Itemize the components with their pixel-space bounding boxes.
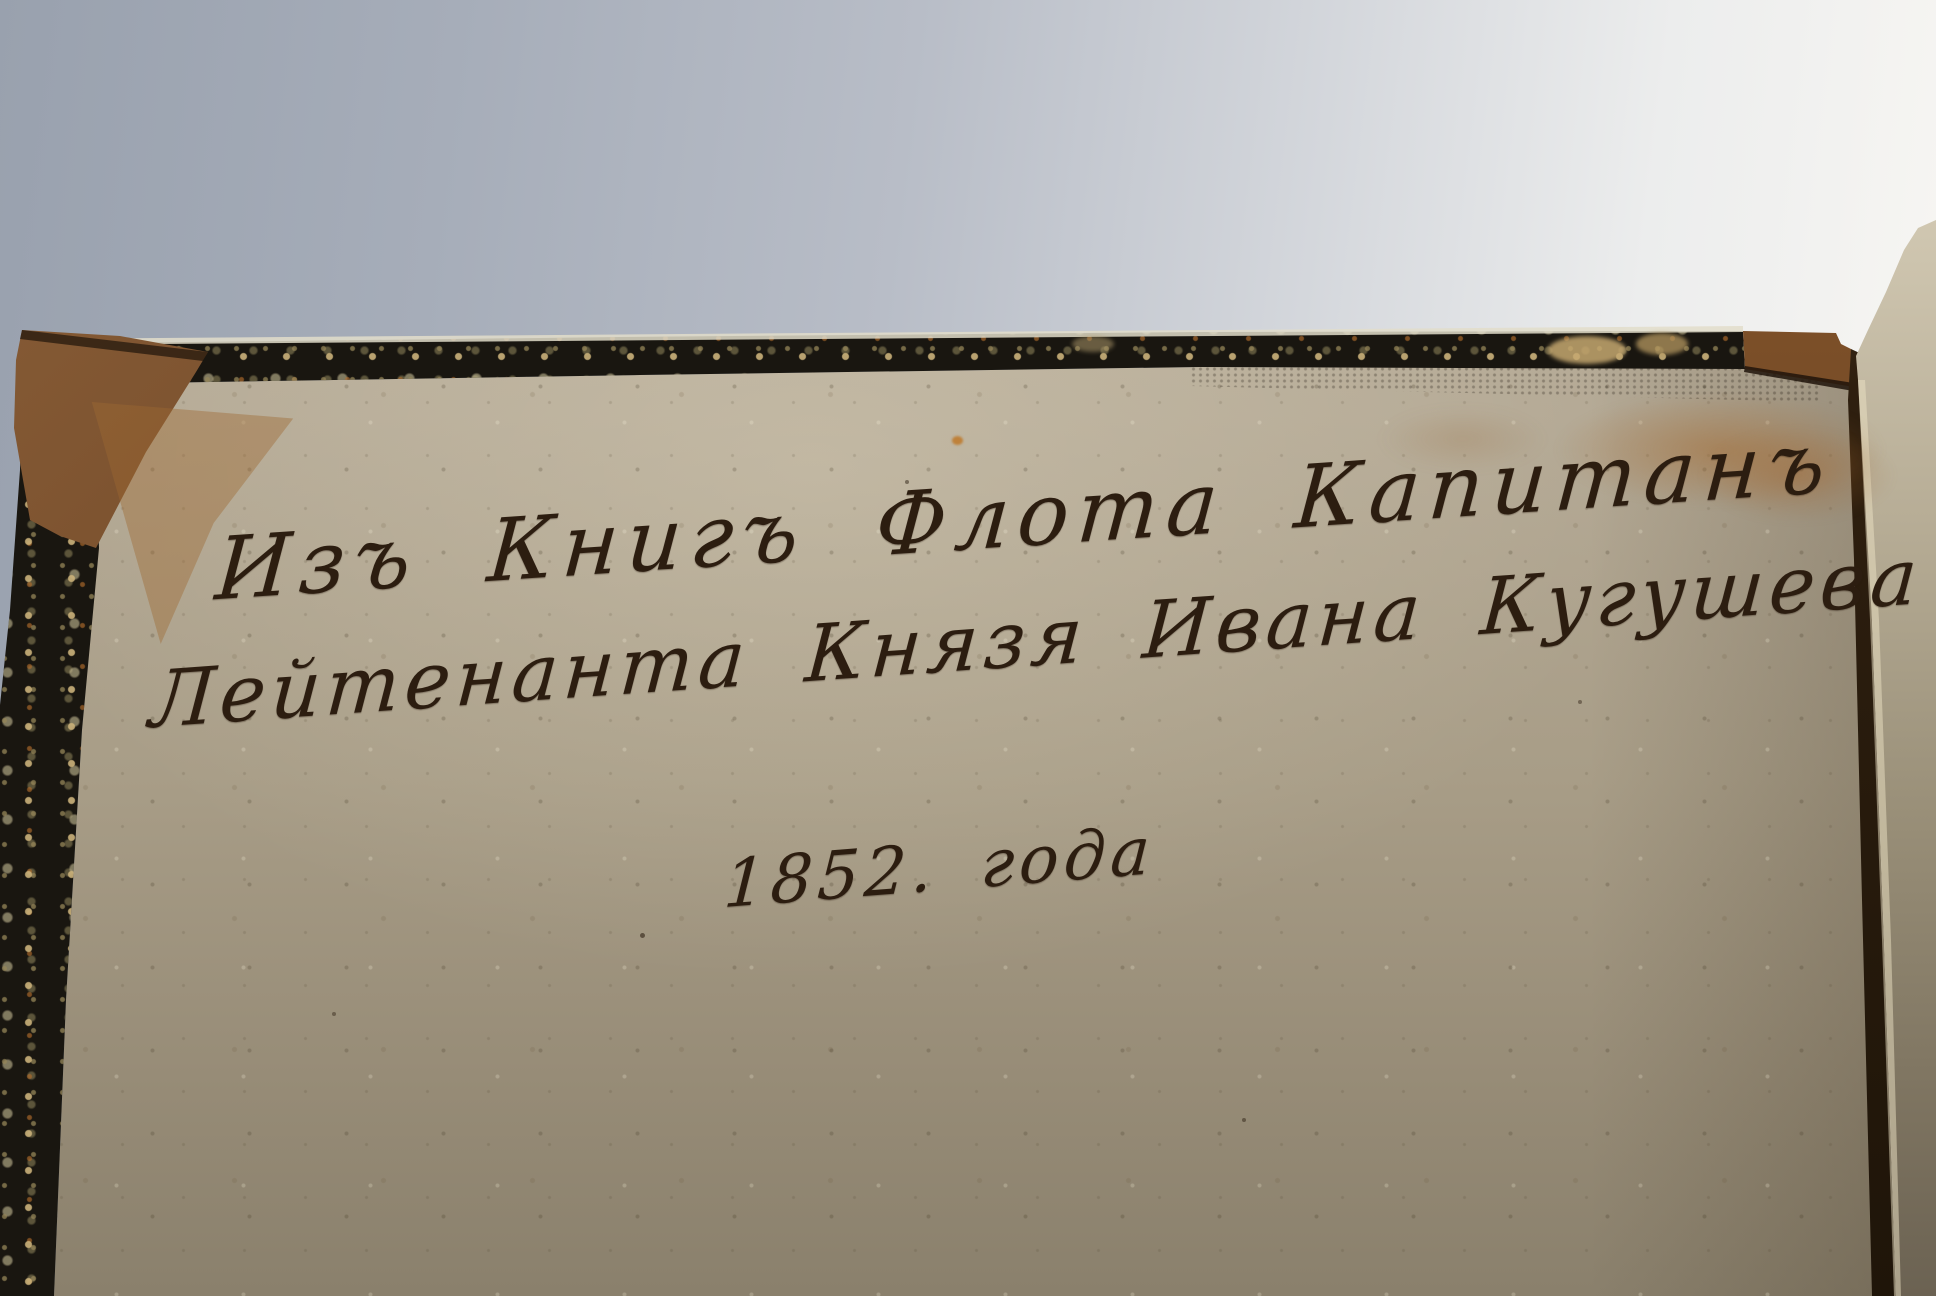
paper-speck <box>1242 1118 1246 1122</box>
marble-worn-spot <box>1548 336 1626 364</box>
book-inscription-photo: Изъ Книгъ Флота Капитанъ Лейтенанта Княз… <box>0 0 1936 1296</box>
paper-speck <box>332 1012 336 1016</box>
stain <box>952 436 963 445</box>
paper-speck <box>640 933 645 938</box>
marble-worn-spot <box>1636 333 1688 355</box>
marble-worn-spot <box>1072 336 1114 352</box>
paper-speck <box>1578 700 1582 704</box>
